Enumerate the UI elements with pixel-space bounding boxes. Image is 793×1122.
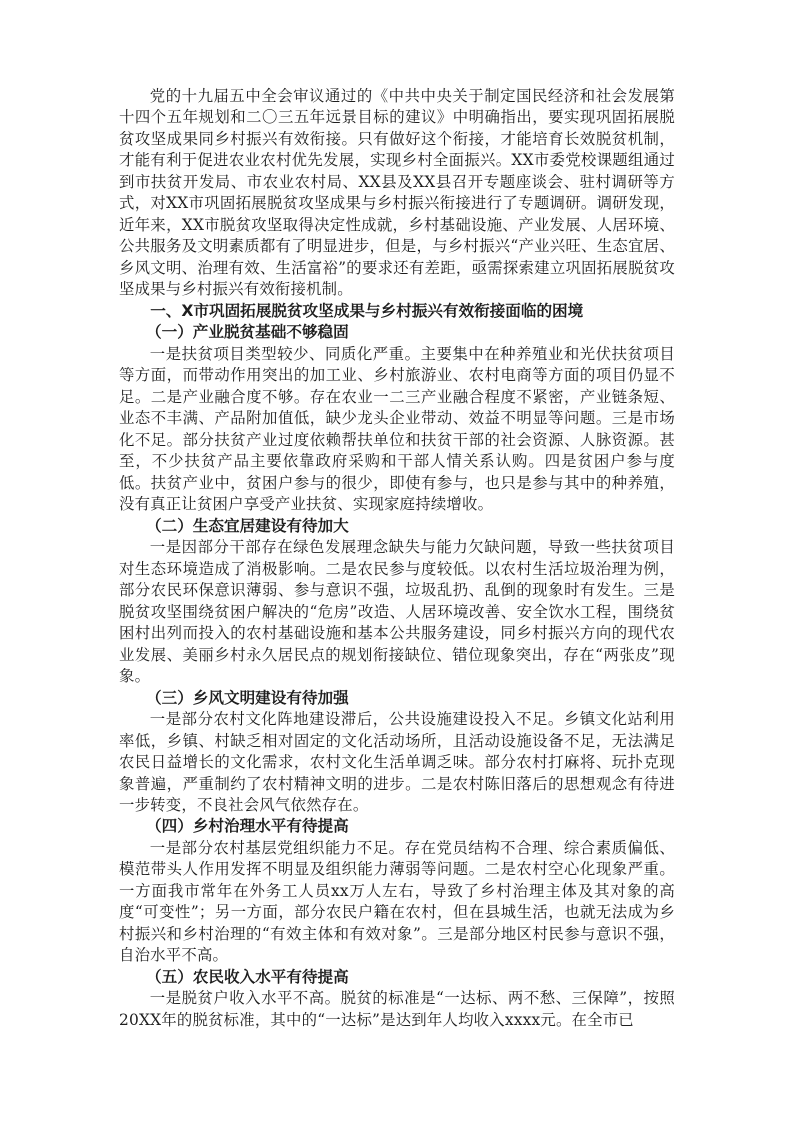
subsection-heading-4: （四）乡村治理水平有待提高	[119, 816, 675, 837]
subsection-heading-3: （三）乡风文明建设有待加强	[119, 688, 675, 709]
subsection-heading-1: （一）产业脱贫基础不够稳固	[119, 322, 675, 343]
subsection-body-4: 一是部分农村基层党组织能力不足。存在党员结构不合理、综合素质偏低、模范带头人作用…	[119, 838, 675, 967]
intro-paragraph: 党的十九届五中全会审议通过的《中共中央关于制定国民经济和社会发展第十四个五年规划…	[119, 86, 675, 301]
document-page: 党的十九届五中全会审议通过的《中共中央关于制定国民经济和社会发展第十四个五年规划…	[119, 86, 675, 1031]
section-heading: 一、X市巩固拓展脱贫攻坚成果与乡村振兴有效衔接面临的困境	[119, 301, 675, 322]
subsection-body-5: 一是脱贫户收入水平不高。脱贫的标准是“一达标、两不愁、三保障”，按照20XX年的…	[119, 988, 675, 1031]
subsection-heading-5: （五）农民收入水平有待提高	[119, 967, 675, 988]
subsection-body-1: 一是扶贫项目类型较少、同质化严重。主要集中在种养殖业和光伏扶贫项目等方面，而带动…	[119, 344, 675, 516]
subsection-body-2: 一是因部分干部存在绿色发展理念缺失与能力欠缺问题，导致一些扶贫项目对生态环境造成…	[119, 537, 675, 687]
subsection-heading-2: （二）生态宜居建设有待加大	[119, 516, 675, 537]
subsection-body-3: 一是部分农村文化阵地建设滞后，公共设施建设投入不足。乡镇文化站利用率低，乡镇、村…	[119, 709, 675, 816]
